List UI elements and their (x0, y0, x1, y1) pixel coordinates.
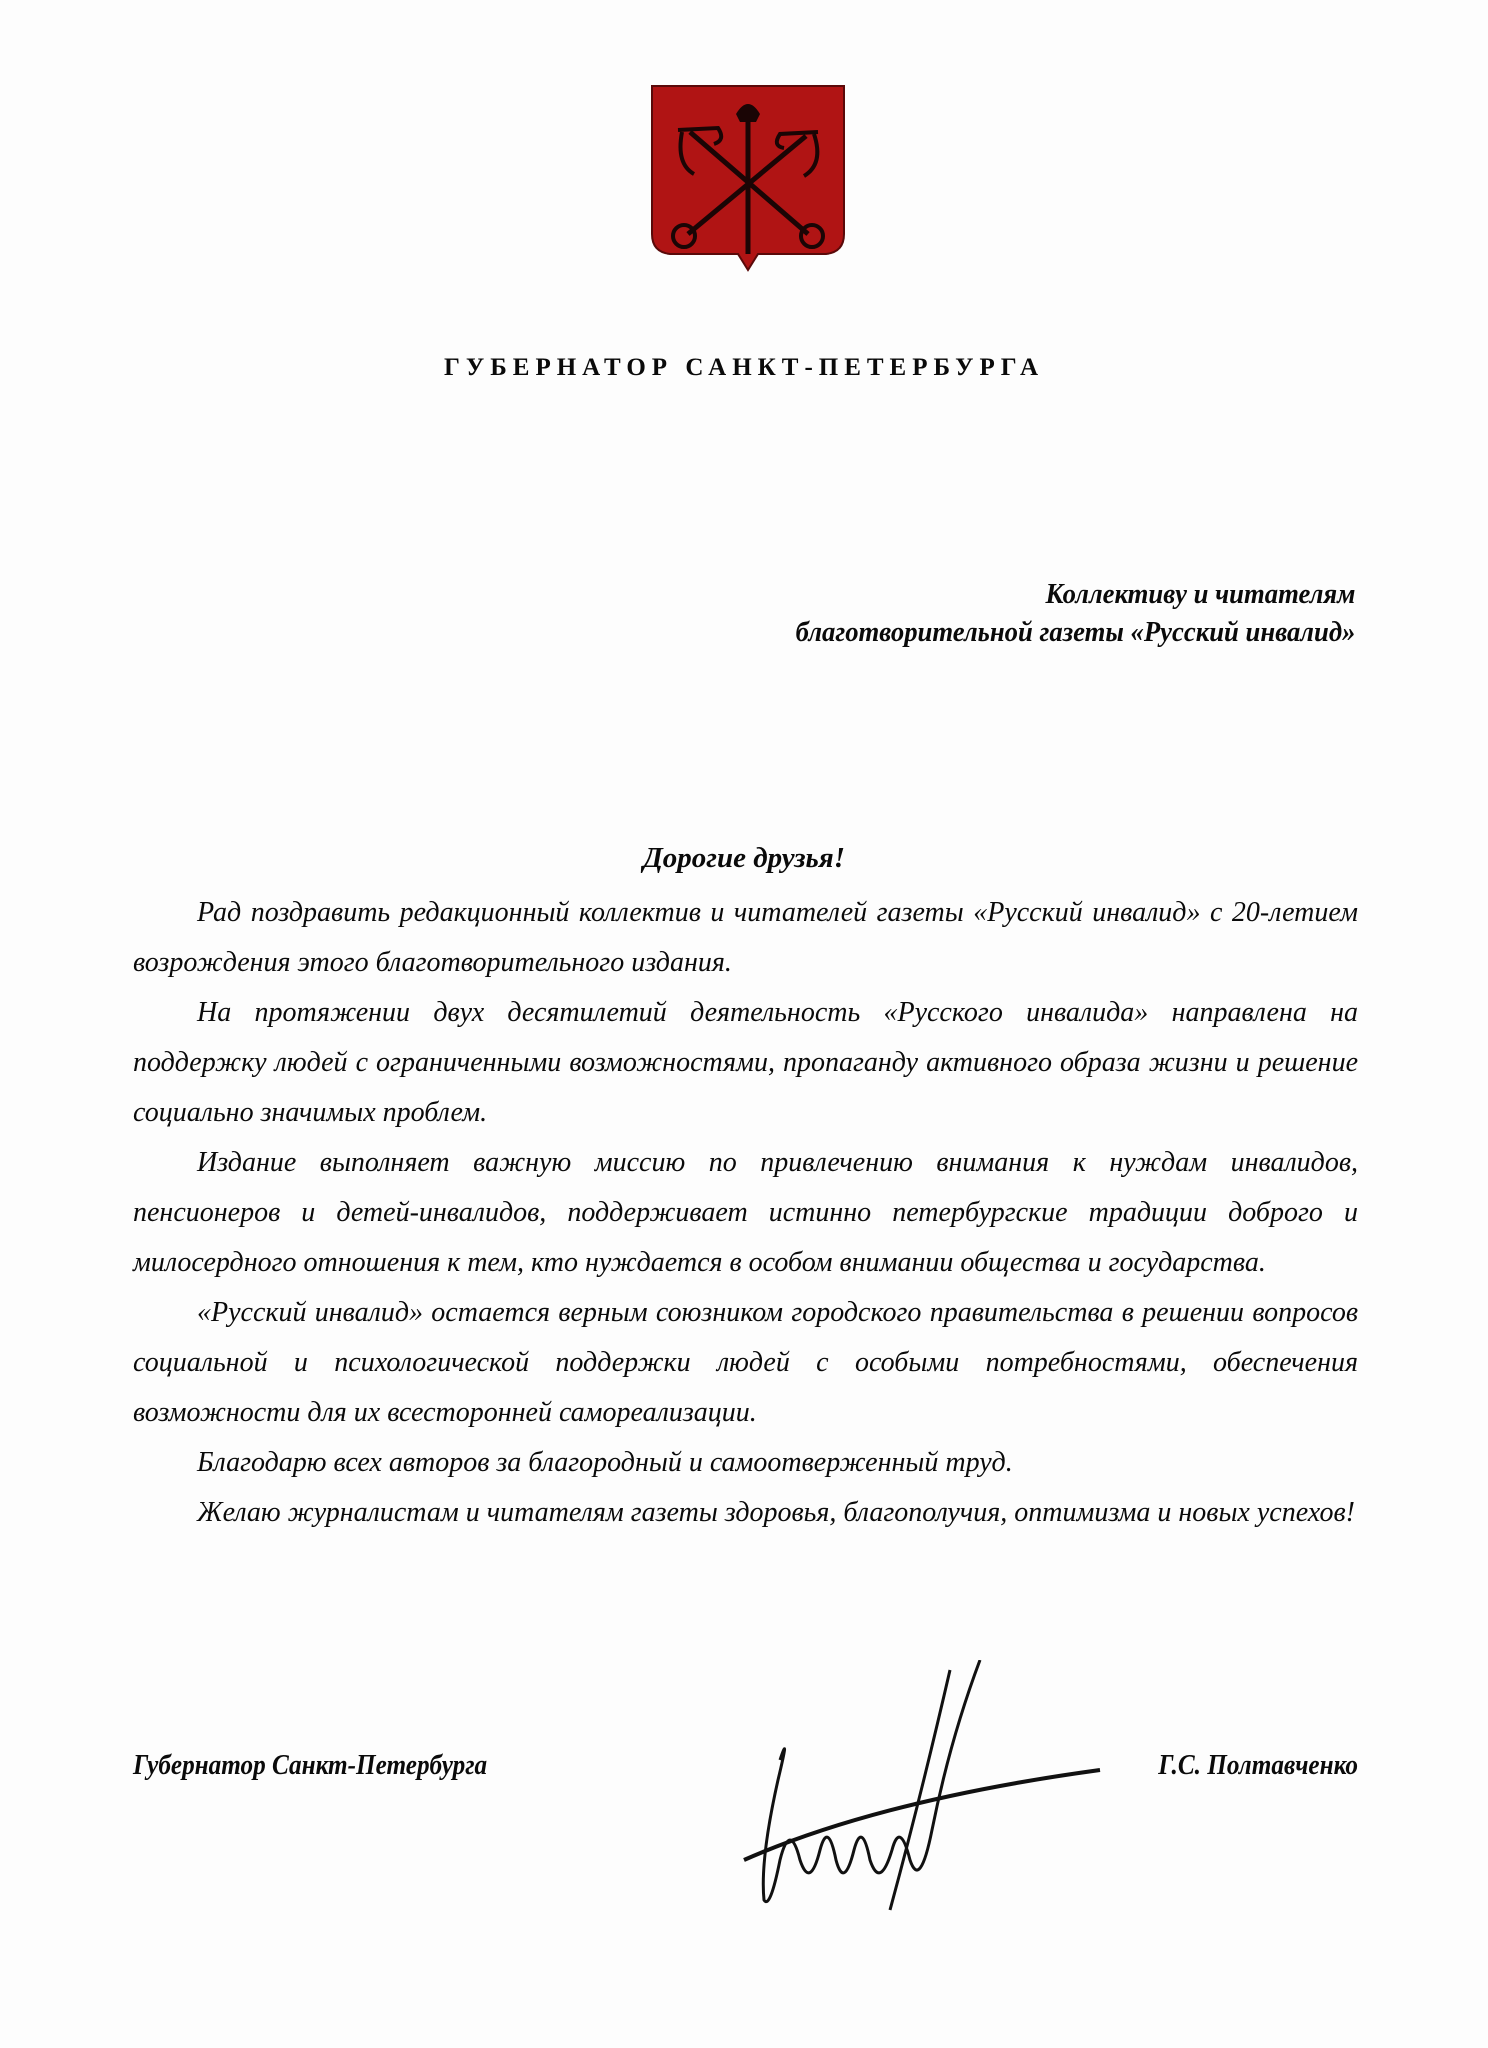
addressee-line-1: Коллективу и читателям (795, 575, 1355, 613)
paragraph: На протяжении двух десятилетий деятельно… (133, 988, 1358, 1138)
addressee-line-2: благотворительной газеты «Русский инвали… (795, 613, 1355, 651)
paragraph: Желаю журналистам и читателям газеты здо… (133, 1488, 1358, 1538)
letter-page: ГУБЕРНАТОР САНКТ-ПЕТЕРБУРГА Коллективу и… (0, 0, 1488, 2048)
signatory-position: Губернатор Санкт-Петербурга (133, 1750, 487, 1782)
page-title: ГУБЕРНАТОР САНКТ-ПЕТЕРБУРГА (0, 354, 1488, 382)
paragraph: Благодарю всех авторов за благородный и … (133, 1438, 1358, 1488)
greeting: Дорогие друзья! (0, 842, 1488, 875)
addressee: Коллективу и читателям благотворительной… (795, 575, 1355, 651)
coat-of-arms-icon (648, 84, 848, 272)
paragraph: «Русский инвалид» остается верным союзни… (133, 1288, 1358, 1438)
signature-block: Губернатор Санкт-Петербурга Г.С. Полтавч… (133, 1750, 1358, 1790)
signatory-name: Г.С. Полтавченко (1158, 1750, 1358, 1782)
handwritten-signature (660, 1660, 1120, 1920)
paragraph: Рад поздравить редакционный коллектив и … (133, 888, 1358, 988)
paragraph: Издание выполняет важную миссию по привл… (133, 1138, 1358, 1288)
letter-body: Рад поздравить редакционный коллектив и … (133, 888, 1358, 1538)
